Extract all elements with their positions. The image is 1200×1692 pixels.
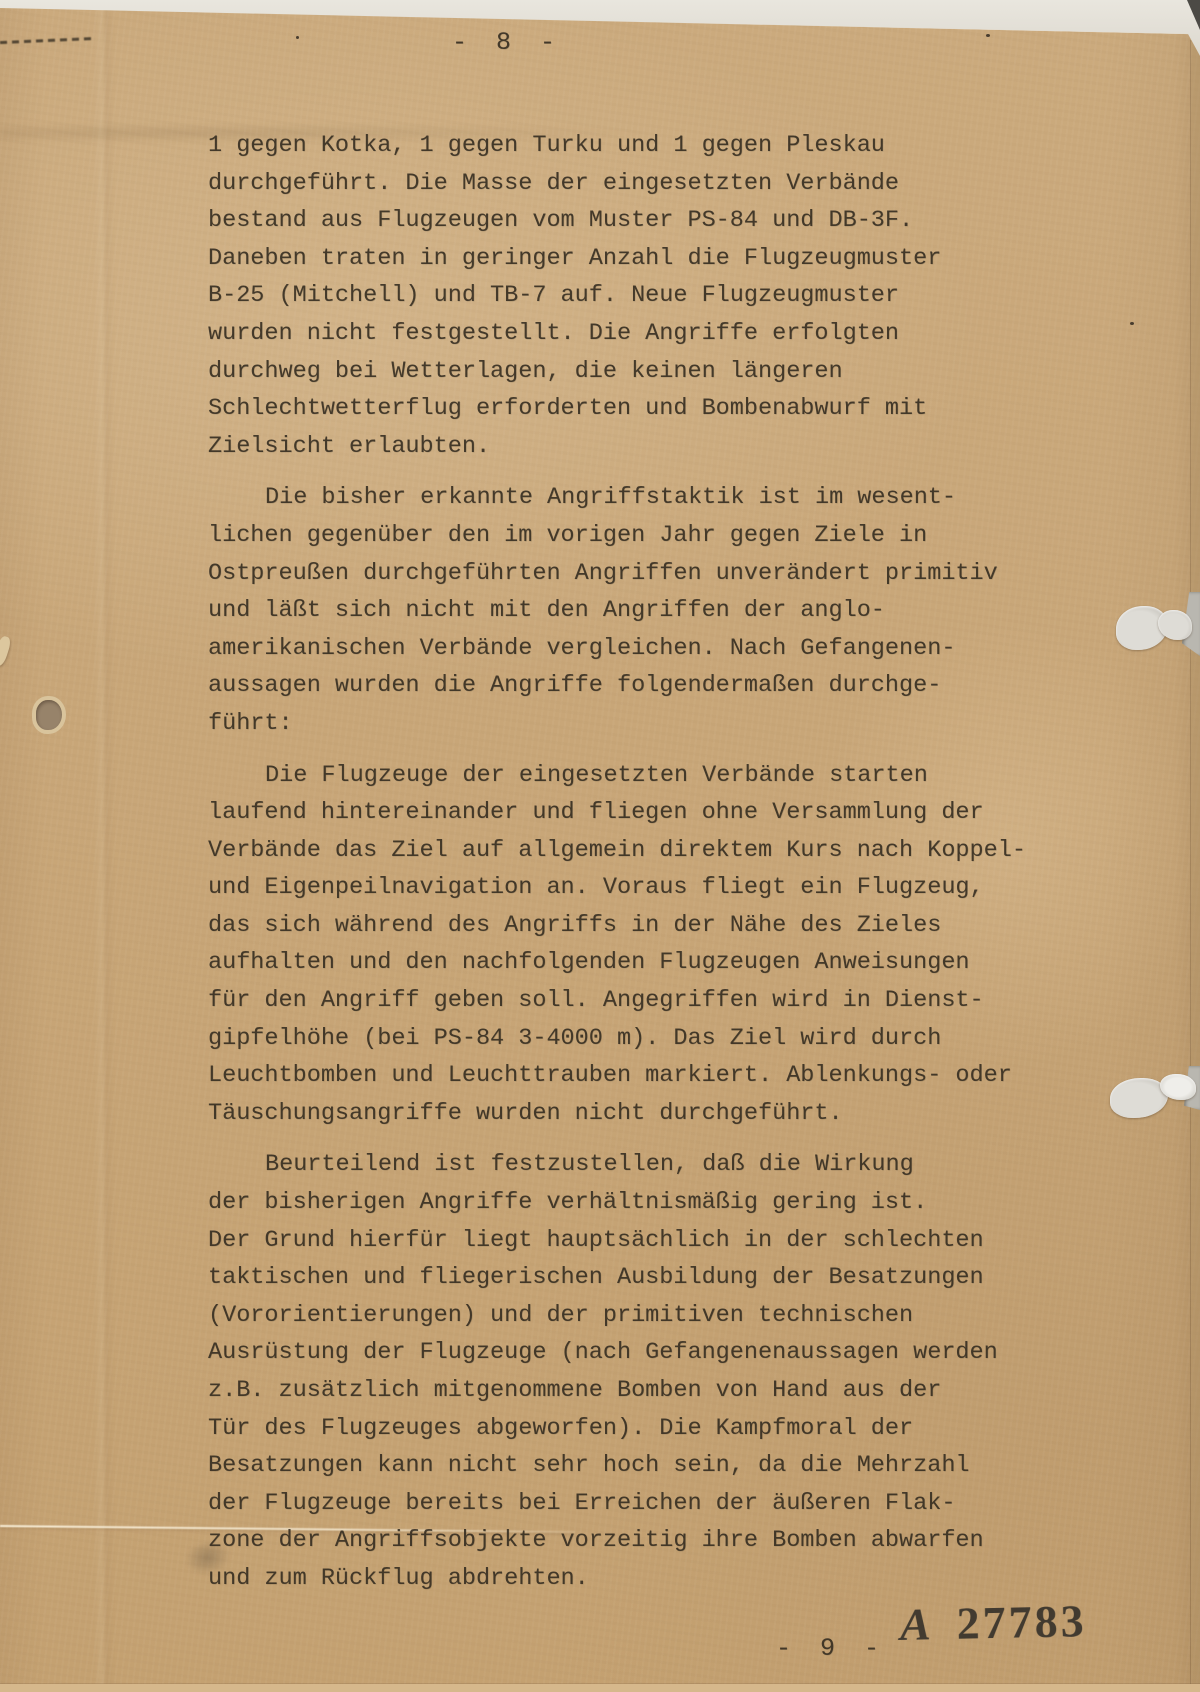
text-line: lichen gegenüber den im vorigen Jahr geg… xyxy=(208,517,1068,555)
text-line: Der Grund hierfür liegt hauptsächlich in… xyxy=(208,1222,1068,1260)
text-line: Schlechtwetterflug erforderten und Bombe… xyxy=(208,390,1068,428)
text-line: Leuchtbomben und Leuchttrauben markiert.… xyxy=(208,1057,1068,1095)
page-number-bottom: - 9 - xyxy=(776,1634,886,1663)
text-line: gipfelhöhe (bei PS-84 3-4000 m). Das Zie… xyxy=(208,1020,1068,1058)
text-line: amerikanischen Verbände vergleichen. Nac… xyxy=(208,630,1068,668)
text-line: für den Angriff geben soll. Angegriffen … xyxy=(208,982,1068,1020)
text-line: Ostpreußen durchgeführten Angriffen unve… xyxy=(208,555,1068,593)
text-line: B-25 (Mitchell) und TB-7 auf. Neue Flugz… xyxy=(208,277,1068,315)
typewritten-text: 1 gegen Kotka, 1 gegen Turku und 1 gegen… xyxy=(208,127,1068,1598)
scanned-document-page: - 8 - 1 gegen Kotka, 1 gegen Turku und 1… xyxy=(0,0,1200,1692)
text-line: Ausrüstung der Flugzeuge (nach Gefangene… xyxy=(208,1334,1068,1372)
paragraph: Die Flugzeuge der eingesetzten Verbände … xyxy=(208,757,1068,1133)
text-line: Verbände das Ziel auf allgemein direktem… xyxy=(208,832,1068,870)
text-line: durchweg bei Wetterlagen, die keinen län… xyxy=(208,353,1068,391)
ink-speck xyxy=(296,36,299,39)
archive-stamp-prefix: A xyxy=(899,1598,931,1650)
paragraph: 1 gegen Kotka, 1 gegen Turku und 1 gegen… xyxy=(208,127,1068,465)
text-line: und läßt sich nicht mit den Angriffen de… xyxy=(208,592,1068,630)
text-line: Täuschungsangriffe wurden nicht durchgef… xyxy=(208,1095,1068,1133)
archive-stamp-number: 27783 xyxy=(956,1595,1087,1649)
ink-speck xyxy=(986,34,990,37)
text-line: das sich während des Angriffs in der Näh… xyxy=(208,907,1068,945)
text-line: Die Flugzeuge der eingesetzten Verbände … xyxy=(208,757,1068,795)
archive-stamp: A27783 xyxy=(899,1594,1087,1651)
text-line: Beurteilend ist festzustellen, daß die W… xyxy=(208,1146,1068,1184)
text-line: und zum Rückflug abdrehten. xyxy=(208,1560,1068,1598)
text-line: Besatzungen kann nicht sehr hoch sein, d… xyxy=(208,1447,1068,1485)
text-line: 1 gegen Kotka, 1 gegen Turku und 1 gegen… xyxy=(208,127,1068,165)
paper-tear xyxy=(1098,1062,1200,1122)
text-line: durchgeführt. Die Masse der eingesetzten… xyxy=(208,165,1068,203)
underlying-page-edge xyxy=(0,1683,1200,1692)
text-line: führt: xyxy=(208,705,1068,743)
underlying-page-edge xyxy=(1190,40,1200,1692)
crease xyxy=(94,0,114,1692)
text-line: und Eigenpeilnavigation an. Voraus flieg… xyxy=(208,869,1068,907)
paragraph: Beurteilend ist festzustellen, daß die W… xyxy=(208,1146,1068,1597)
text-line: Tür des Flugzeuges abgeworfen). Die Kamp… xyxy=(208,1410,1068,1448)
text-line: der bisherigen Angriffe verhältnismäßig … xyxy=(208,1184,1068,1222)
text-line: (Vororientierungen) und der primitiven t… xyxy=(208,1297,1068,1335)
text-line: laufend hintereinander und fliegen ohne … xyxy=(208,794,1068,832)
page-number-top: - 8 - xyxy=(452,28,562,57)
ink-speck xyxy=(1130,322,1134,325)
text-line: aufhalten und den nachfolgenden Flugzeug… xyxy=(208,944,1068,982)
text-line: zone der Angriffsobjekte vorzeitig ihre … xyxy=(208,1522,1068,1560)
paper-sheet: - 8 - 1 gegen Kotka, 1 gegen Turku und 1… xyxy=(0,0,1200,1692)
paragraph: Die bisher erkannte Angriffstaktik ist i… xyxy=(208,479,1068,742)
text-line: der Flugzeuge bereits bei Erreichen der … xyxy=(208,1485,1068,1523)
text-line: Daneben traten in geringer Anzahl die Fl… xyxy=(208,240,1068,278)
text-line: wurden nicht festgestellt. Die Angriffe … xyxy=(208,315,1068,353)
text-line: Zielsicht erlaubten. xyxy=(208,428,1068,466)
text-line: aussagen wurden die Angriffe folgenderma… xyxy=(208,667,1068,705)
text-line: taktischen und fliegerischen Ausbildung … xyxy=(208,1259,1068,1297)
text-line: z.B. zusätzlich mitgenommene Bomben von … xyxy=(208,1372,1068,1410)
text-line: bestand aus Flugzeugen vom Muster PS-84 … xyxy=(208,202,1068,240)
paper-tear xyxy=(1106,592,1200,662)
text-line: Die bisher erkannte Angriffstaktik ist i… xyxy=(208,479,1068,517)
